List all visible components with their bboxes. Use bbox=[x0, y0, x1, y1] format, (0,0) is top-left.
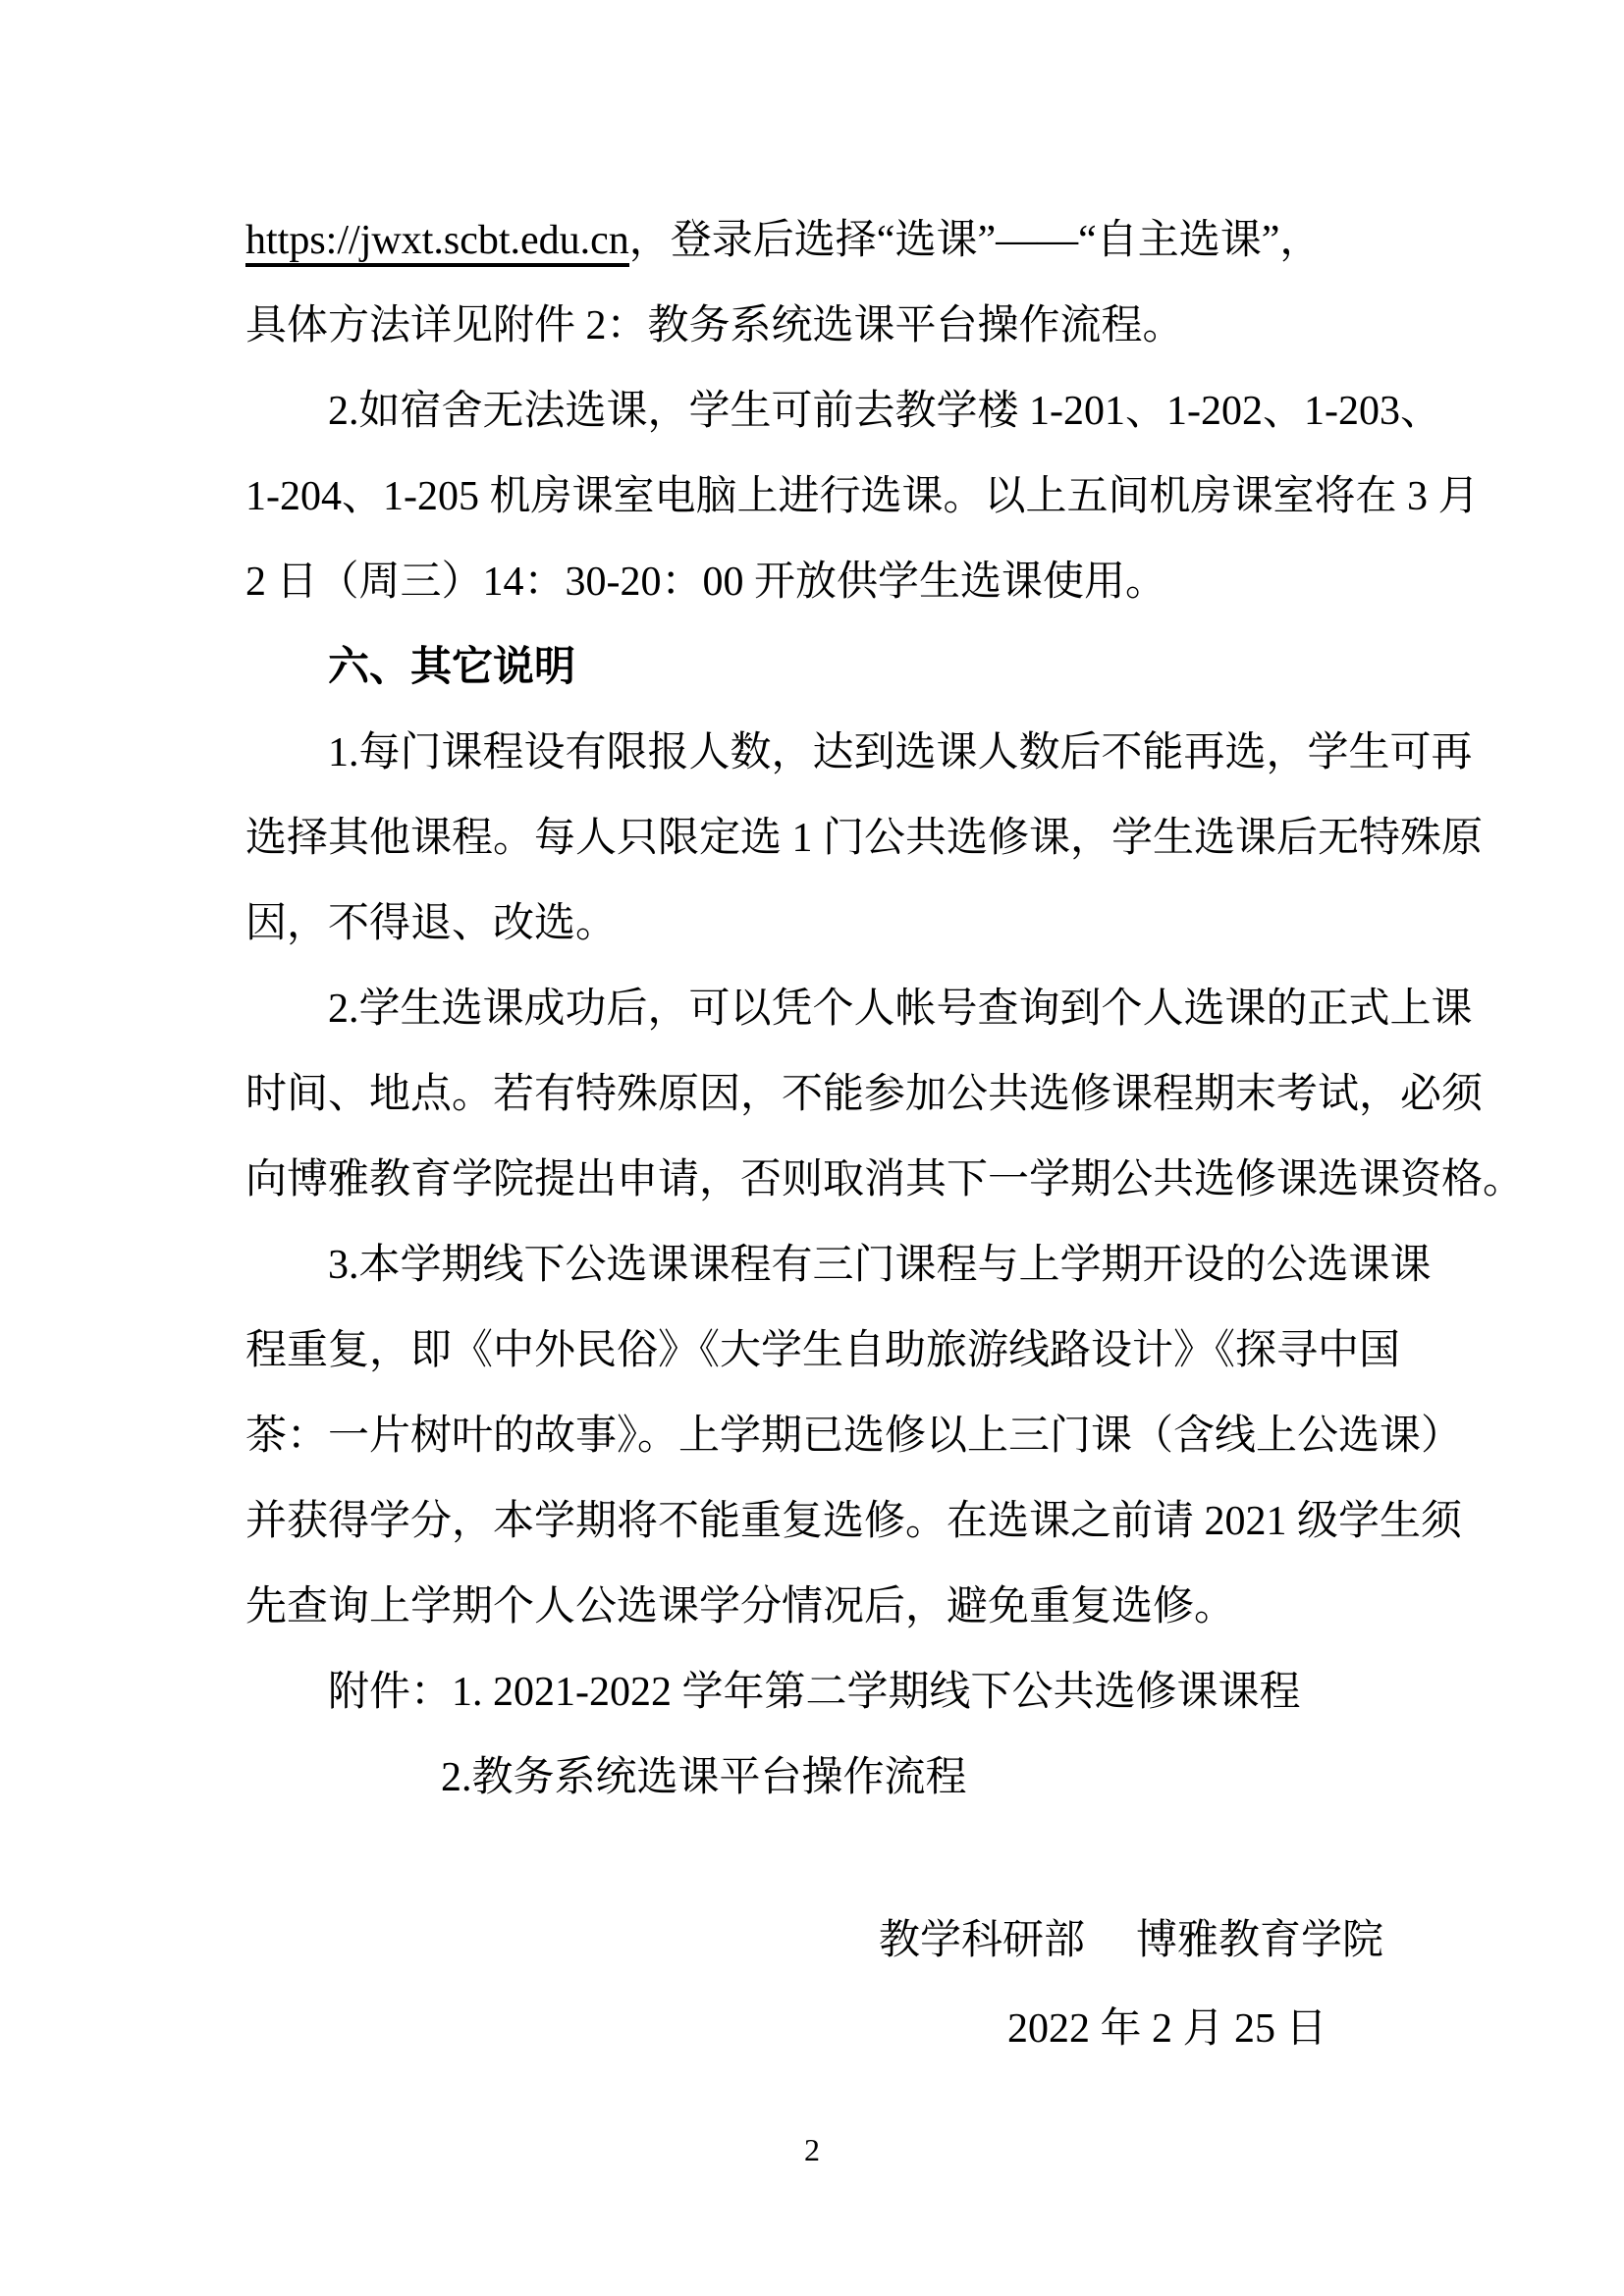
signature-college: 博雅教育学院 bbox=[1136, 1918, 1383, 1963]
page-number: 2 bbox=[0, 2122, 1624, 2177]
course-system-link[interactable]: https://jwxt.scbt.edu.cn bbox=[245, 218, 629, 267]
heading-other-notes: 六、其它说明 bbox=[245, 625, 1404, 711]
note-3-line-1: 3.本学期线下公选课课程有三门课程与上学期开设的公选课课 bbox=[245, 1223, 1404, 1308]
note-2-line-2: 时间、地点。若有特殊原因，不能参加公共选修课程期末考试，必须 bbox=[245, 1052, 1404, 1138]
para-computer-rooms-line-3: 2 日（周三）14：30-20：00 开放供学生选课使用。 bbox=[245, 540, 1404, 625]
signature-line: 教学科研部博雅教育学院 bbox=[879, 1898, 1383, 1984]
date-line: 2022 年 2 月 25 日 bbox=[1007, 1987, 1327, 2072]
note-1-line-1: 1.每门课程设有限报人数，达到选课人数后不能再选，学生可再 bbox=[245, 711, 1404, 796]
note-2-line-1: 2.学生选课成功后，可以凭个人帐号查询到个人选课的正式上课 bbox=[245, 967, 1404, 1052]
attachments-item-1: 附件：1. 2021-2022 学年第二学期线下公共选修课课程 bbox=[245, 1650, 1404, 1735]
attachments-item-2: 2.教务系统选课平台操作流程 bbox=[245, 1735, 1404, 1821]
note-2-line-3: 向博雅教育学院提出申请，否则取消其下一学期公共选修课选课资格。 bbox=[245, 1138, 1404, 1223]
note-3-line-4: 并获得学分，本学期将不能重复选修。在选课之前请 2021 级学生须 bbox=[245, 1479, 1404, 1565]
signature-department: 教学科研部 bbox=[879, 1918, 1085, 1963]
document-page: https://jwxt.scbt.edu.cn，登录后选择“选课”——“自主选… bbox=[0, 0, 1624, 2296]
para-computer-rooms-line-2: 1-204、1-205 机房课室电脑上进行选课。以上五间机房课室将在 3 月 bbox=[245, 454, 1404, 540]
note-3-line-5: 先查询上学期个人公选课学分情况后，避免重复选修。 bbox=[245, 1565, 1404, 1650]
document-body: https://jwxt.scbt.edu.cn，登录后选择“选课”——“自主选… bbox=[245, 198, 1404, 1821]
attachment2-reference-line: 具体方法详见附件 2：教务系统选课平台操作流程。 bbox=[245, 284, 1404, 369]
note-3-line-2: 程重复，即《中外民俗》《大学生自助旅游线路设计》《探寻中国 bbox=[245, 1308, 1404, 1394]
paragraph-continuation-line: https://jwxt.scbt.edu.cn，登录后选择“选课”——“自主选… bbox=[245, 198, 1404, 284]
note-1-line-2: 选择其他课程。每人只限定选 1 门公共选修课，学生选课后无特殊原 bbox=[245, 796, 1404, 881]
line-after-link: ，登录后选择“选课”——“自主选课”， bbox=[629, 218, 1322, 263]
para-computer-rooms-line-1: 2.如宿舍无法选课，学生可前去教学楼 1-201、1-202、1-203、 bbox=[245, 369, 1404, 454]
note-1-line-3: 因，不得退、改选。 bbox=[245, 881, 1404, 967]
note-3-line-3: 茶：一片树叶的故事》。上学期已选修以上三门课（含线上公选课） bbox=[245, 1394, 1404, 1479]
